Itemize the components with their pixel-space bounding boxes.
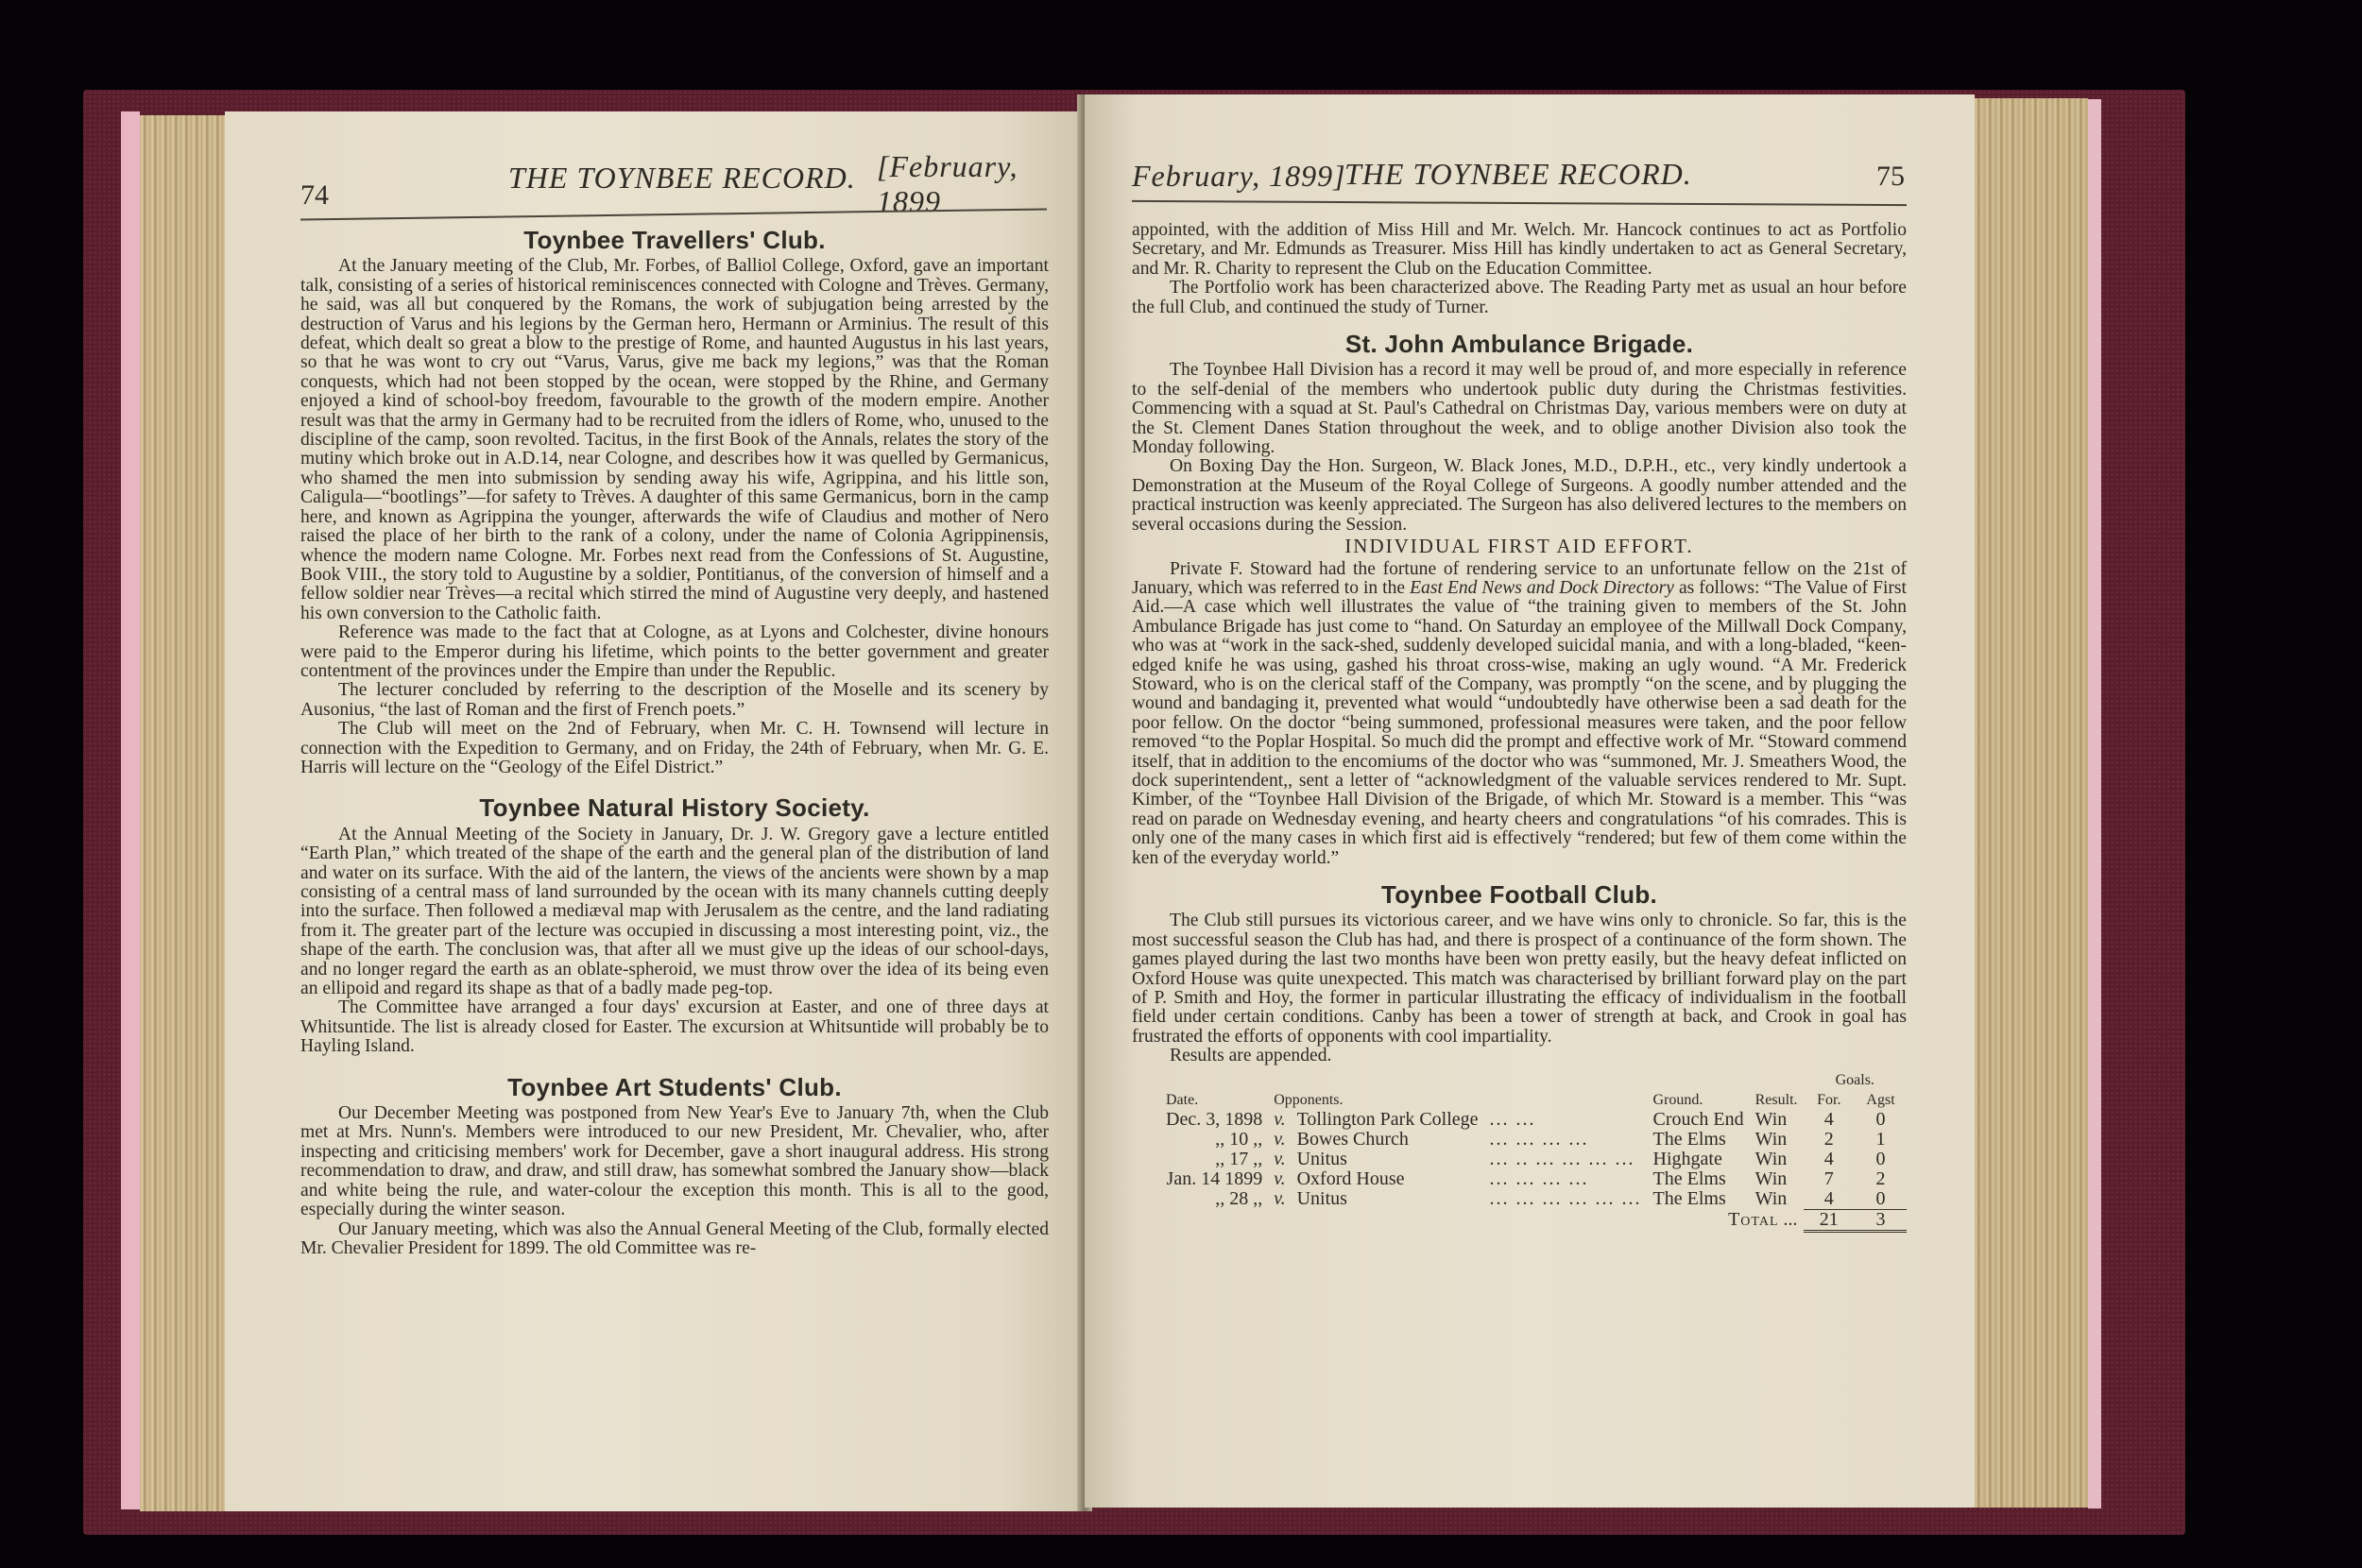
right-page: February, 1899] THE TOYNBEE RECORD. 75 a… <box>1085 94 1975 1508</box>
opponent: Oxford House <box>1292 1169 1484 1189</box>
paragraph: Reference was made to the fact that at C… <box>300 623 1049 681</box>
first-aid-quote: as follows: “The Value of First Aid.—A c… <box>1132 578 1907 868</box>
result: Win <box>1750 1150 1804 1169</box>
leader-dots: ... ... ... ... <box>1484 1130 1648 1150</box>
goals-against: 2 <box>1855 1169 1907 1189</box>
result: Win <box>1750 1110 1804 1130</box>
ground: The Elms <box>1648 1130 1750 1150</box>
paragraph: The lecturer concluded by referring to t… <box>300 681 1049 720</box>
newspaper-title: East End News and Dock Directory <box>1410 578 1674 598</box>
section-heading: Toynbee Art Students' Club. <box>300 1078 1049 1097</box>
table-row: ,, 17 ,, v. Unitus ... .. ... ... ... ..… <box>1160 1150 1907 1169</box>
goals-for: 7 <box>1804 1169 1856 1189</box>
total-label: Total <box>1728 1209 1778 1230</box>
leader-dots: ... <box>1784 1209 1798 1230</box>
leader-dots: ... ... ... ... ... ... <box>1484 1189 1648 1210</box>
ground: The Elms <box>1648 1189 1750 1210</box>
table-row: ,, 10 ,, v. Bowes Church ... ... ... ...… <box>1160 1130 1907 1150</box>
table-row: ,, 28 ,, v. Unitus ... ... ... ... ... .… <box>1160 1189 1907 1210</box>
match-date: ,, 10 ,, <box>1160 1130 1268 1150</box>
paragraph: On Boxing Day the Hon. Surgeon, W. Black… <box>1132 457 1907 535</box>
paragraph: The Portfolio work has been characterize… <box>1132 279 1907 317</box>
leader-dots: ... .. ... ... ... ... <box>1484 1150 1648 1169</box>
running-title: THE TOYNBEE RECORD. <box>508 161 856 196</box>
pink-edge-left <box>121 111 140 1509</box>
opponent: Unitus <box>1292 1189 1484 1210</box>
goals-for: 4 <box>1804 1189 1856 1210</box>
left-page-body: Toynbee Travellers' Club. At the January… <box>300 217 1049 1258</box>
ground: Crouch End <box>1648 1110 1750 1130</box>
opponent: Bowes Church <box>1292 1130 1484 1150</box>
table-header-row: Date. Opponents. Ground. Result. For. Ag… <box>1160 1090 1907 1110</box>
goals-for: 4 <box>1804 1110 1856 1130</box>
versus: v. <box>1268 1130 1291 1150</box>
match-date: Jan. 14 1899 <box>1160 1169 1268 1189</box>
paragraph: Private F. Stoward had the fortune of re… <box>1132 560 1907 869</box>
total-against: 3 <box>1855 1209 1907 1231</box>
paragraph: Our January meeting, which was also the … <box>300 1220 1049 1259</box>
section-heading: Toynbee Travellers' Club. <box>300 230 1049 249</box>
paragraph: The Club will meet on the 2nd of Februar… <box>300 720 1049 777</box>
opponent: Unitus <box>1292 1150 1484 1169</box>
running-date: February, 1899] <box>1132 159 1346 194</box>
header-rule <box>1132 200 1907 206</box>
paragraph: Our December Meeting was postponed from … <box>300 1104 1049 1219</box>
table-row: Dec. 3, 1898 v. Tollington Park College … <box>1160 1110 1907 1130</box>
page-block-edges-left <box>140 115 227 1511</box>
paragraph: Results are appended. <box>1132 1047 1907 1065</box>
page-number: 74 <box>300 179 329 212</box>
paragraph: The Club still pursues its victorious ca… <box>1132 912 1907 1047</box>
match-date: Dec. 3, 1898 <box>1160 1110 1268 1130</box>
versus: v. <box>1268 1169 1291 1189</box>
paragraph: The Committee have arranged a four days'… <box>300 998 1049 1056</box>
section-heading: Toynbee Natural History Society. <box>300 798 1049 817</box>
running-title: THE TOYNBEE RECORD. <box>1344 157 1692 192</box>
leader-dots: ... ... ... ... <box>1484 1169 1648 1189</box>
match-date: ,, 28 ,, <box>1160 1189 1268 1210</box>
right-page-body: appointed, with the addition of Miss Hil… <box>1132 221 1907 1233</box>
versus: v. <box>1268 1150 1291 1169</box>
col-for: For. <box>1804 1090 1856 1110</box>
col-result: Result. <box>1750 1090 1804 1110</box>
opponent: Tollington Park College <box>1292 1110 1484 1130</box>
goals-for: 2 <box>1804 1130 1856 1150</box>
goals-header: Goals. <box>1804 1070 1907 1090</box>
result: Win <box>1750 1189 1804 1210</box>
total-for: 21 <box>1804 1209 1856 1231</box>
total-row: Total ... 21 3 <box>1160 1209 1907 1231</box>
left-page: 74 THE TOYNBEE RECORD. [February, 1899 T… <box>225 111 1085 1511</box>
football-results-table: Goals. Date. Opponents. Ground. Result. … <box>1160 1070 1907 1233</box>
ground: Highgate <box>1648 1150 1750 1169</box>
section-heading: St. John Ambulance Brigade. <box>1132 334 1907 353</box>
col-date: Date. <box>1160 1090 1268 1110</box>
goals-against: 0 <box>1855 1150 1907 1169</box>
col-ground: Ground. <box>1648 1090 1750 1110</box>
paragraph: At the Annual Meeting of the Society in … <box>300 826 1049 999</box>
subheading: INDIVIDUAL FIRST AID EFFORT. <box>1132 537 1907 555</box>
result: Win <box>1750 1130 1804 1150</box>
goals-against: 1 <box>1855 1130 1907 1150</box>
goals-against: 0 <box>1855 1189 1907 1210</box>
paragraph: At the January meeting of the Club, Mr. … <box>300 257 1049 623</box>
paragraph: The Toynbee Hall Division has a record i… <box>1132 361 1907 457</box>
col-opponents: Opponents. <box>1268 1090 1647 1110</box>
col-agst: Agst <box>1855 1090 1907 1110</box>
pink-edge-right <box>2088 99 2101 1508</box>
ground: The Elms <box>1648 1169 1750 1189</box>
versus: v. <box>1268 1189 1291 1210</box>
result: Win <box>1750 1169 1804 1189</box>
versus: v. <box>1268 1110 1291 1130</box>
match-date: ,, 17 ,, <box>1160 1150 1268 1169</box>
leader-dots: ... ... <box>1484 1110 1648 1130</box>
goals-against: 0 <box>1855 1110 1907 1130</box>
section-heading: Toynbee Football Club. <box>1132 885 1907 904</box>
page-number: 75 <box>1876 161 1905 193</box>
page-block-edges-right <box>1973 98 2088 1508</box>
table-row: Jan. 14 1899 v. Oxford House ... ... ...… <box>1160 1169 1907 1189</box>
goals-for: 4 <box>1804 1150 1856 1169</box>
paragraph: appointed, with the addition of Miss Hil… <box>1132 221 1907 279</box>
